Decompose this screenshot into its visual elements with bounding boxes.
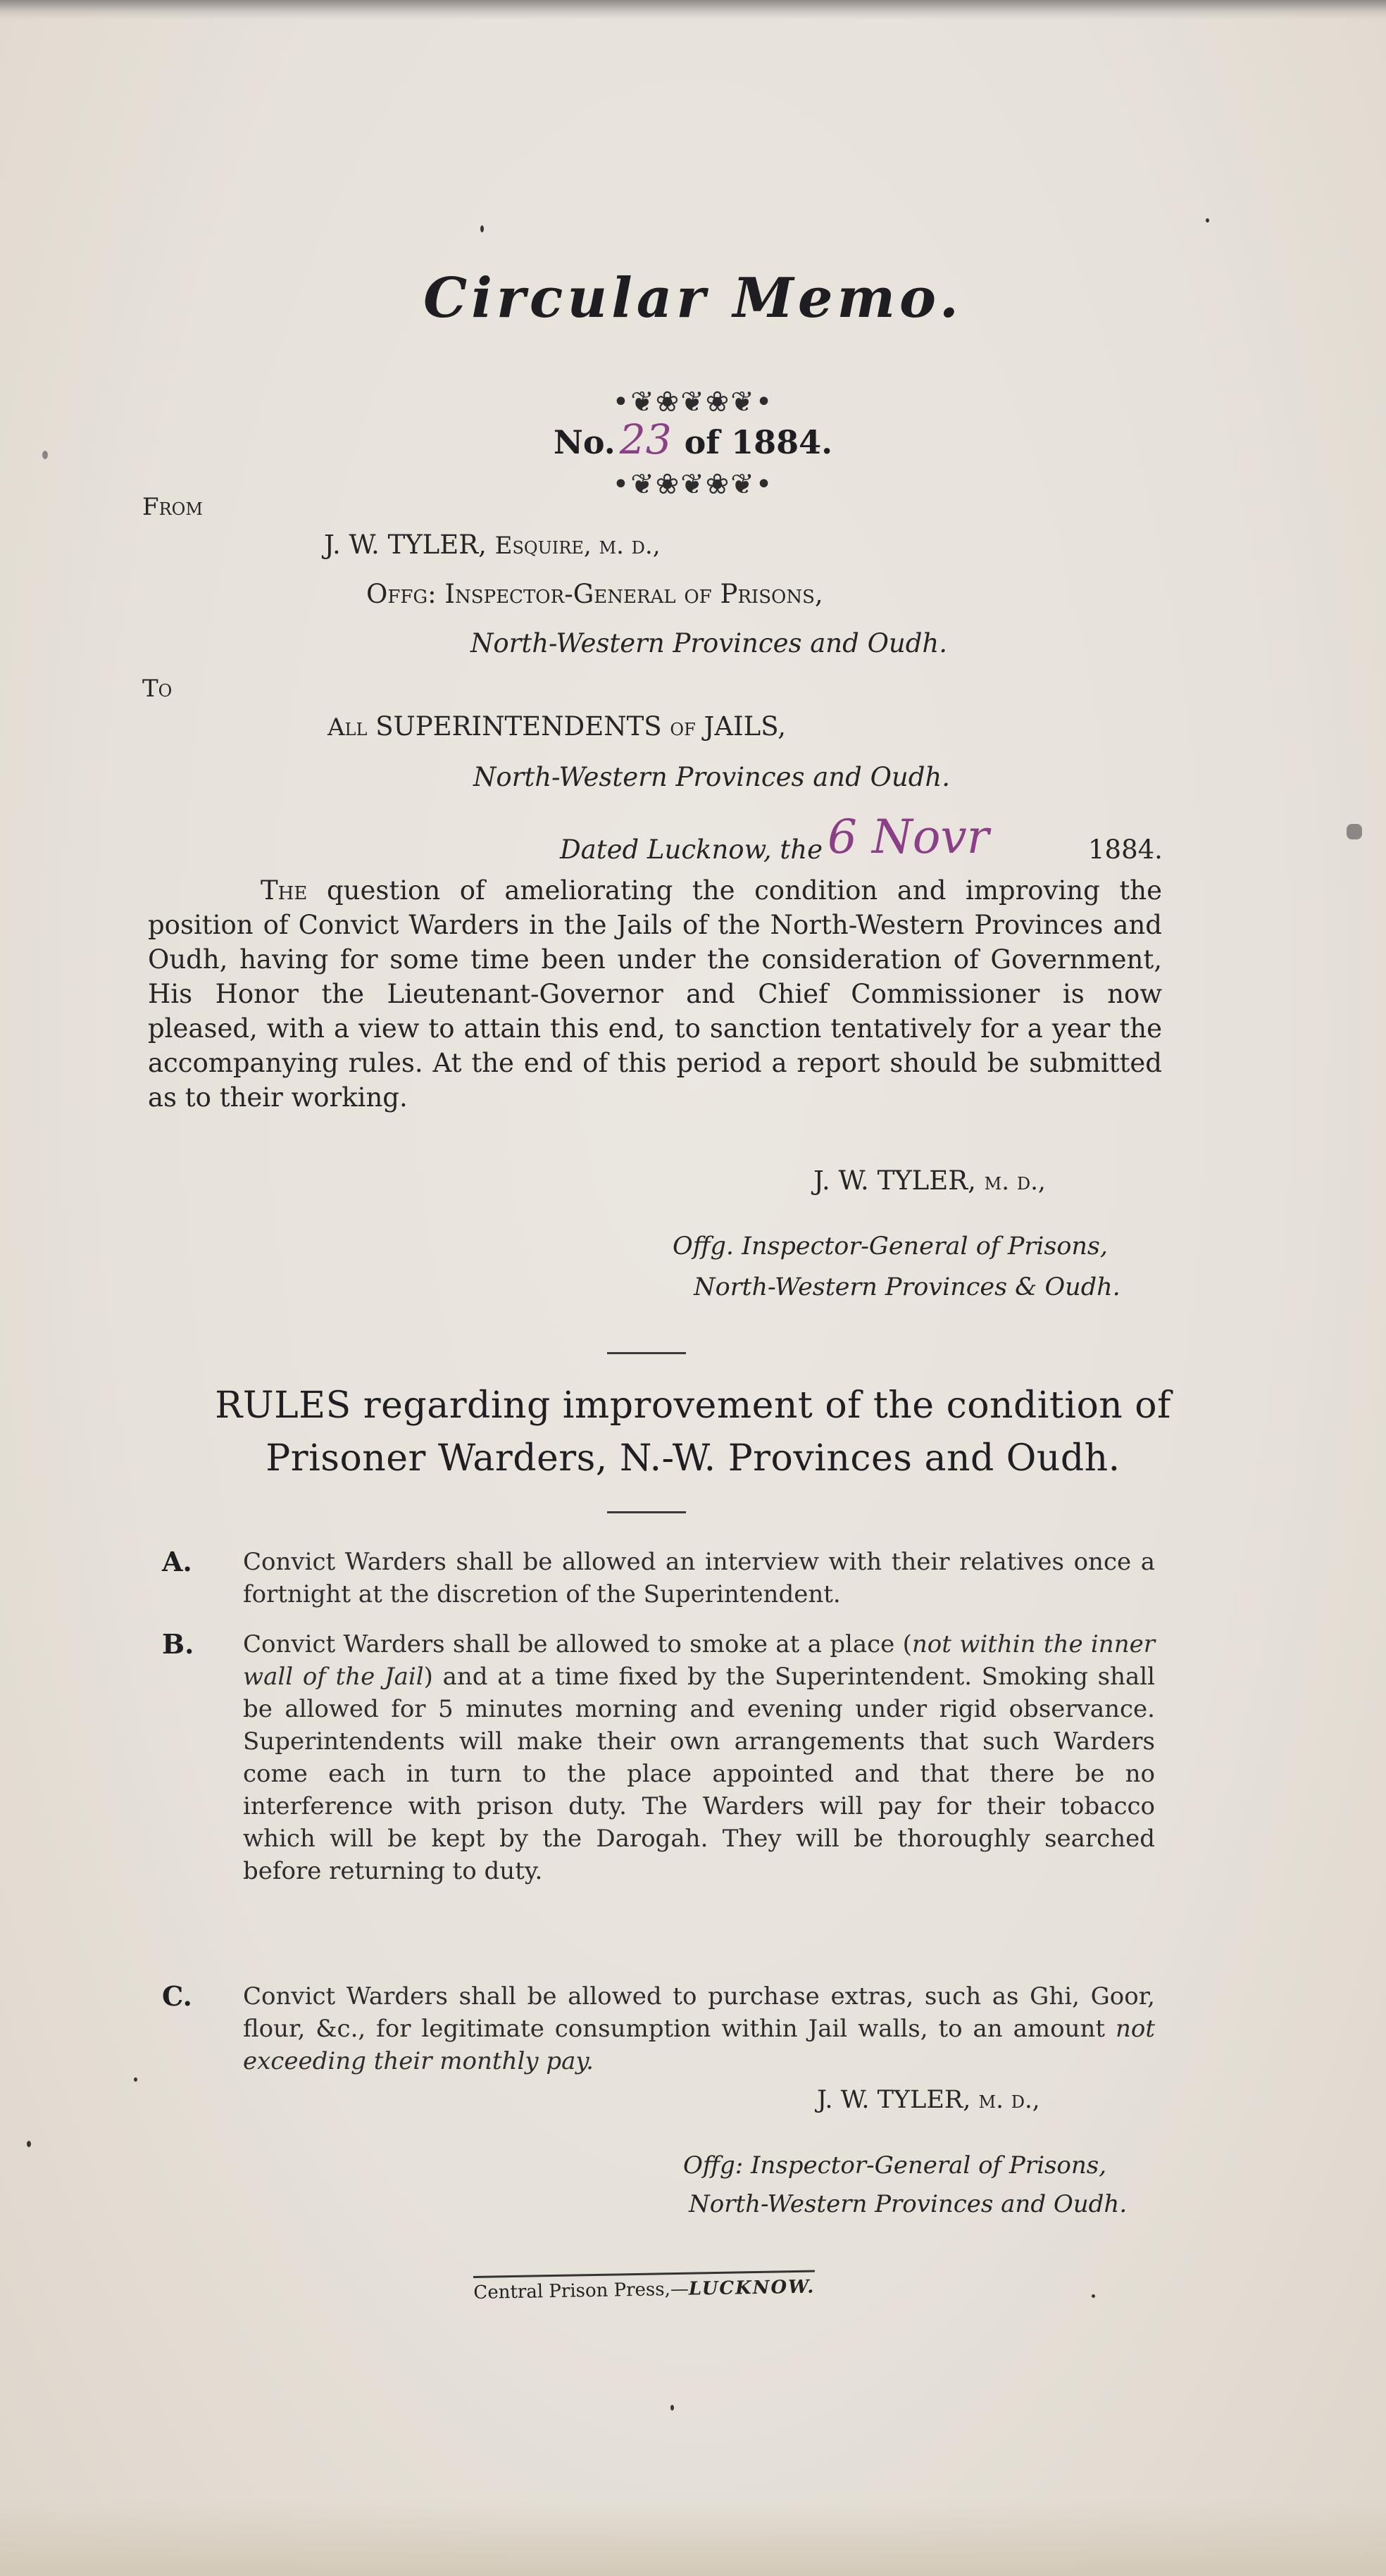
body-first-word: The [261,875,307,906]
memo-number-prefix: No. [554,423,616,461]
to-recipients-text: SUPERINTENDENTS [375,711,661,742]
rule-a-body: Convict Warders shall be allowed an inte… [243,1546,1155,1611]
rule-a: A. Convict Warders shall be allowed an i… [162,1546,1155,1611]
paper-speck [1206,218,1209,223]
paper-stain [1347,824,1362,839]
rule-c-letter: C. [162,1980,192,2013]
handwritten-date: 6 Novr [828,810,989,864]
paper-speck [134,2077,137,2082]
rule-c-text-before: Convict Warders shall be allowed to purc… [243,1982,1155,2043]
from-name-suffix: Esquire, m. d., [495,532,661,560]
paper-speck [670,2405,674,2411]
signature-1-name-text: J. W. TYLER, [813,1165,976,1196]
memo-number: No.23of 1884. [0,415,1386,463]
paper-speck [480,225,484,232]
memo-number-suffix: of 1884. [685,423,833,461]
rule-b-text-before: Convict Warders shall be allowed to smok… [243,1630,912,1658]
body-text: question of ameliorating the condition a… [148,875,1162,1113]
ornament-bottom-icon: •❦❀❦❀❦• [0,468,1386,501]
signature-2-region: North-Western Provinces and Oudh. [689,2190,1127,2218]
signature-1-title: Offg. Inspector-General of Prisons, [673,1232,1108,1261]
rule-b-text: Convict Warders shall be allowed to smok… [243,1628,1155,1887]
paper-speck [27,2141,31,2147]
to-region: North-Western Provinces and Oudh. [473,762,950,792]
signature-2-name-text: J. W. TYLER, [817,2086,970,2114]
from-name-text: J. W. TYLER, [324,530,487,560]
to-prefix: All [327,713,367,742]
from-name: J. W. TYLER, Esquire, m. d., [324,530,661,560]
divider-bottom [607,1511,686,1513]
rule-b: B. Convict Warders shall be allowed to s… [162,1628,1155,1887]
rules-heading-line2: Prisoner Warders, N.-W. Provinces and Ou… [0,1433,1386,1484]
divider-top [607,1352,686,1354]
from-title: Offg: Inspector-General of Prisons, [366,579,823,609]
rules-heading-line1: RULES regarding improvement of the condi… [0,1380,1386,1431]
document-title: Circular Memo. [0,266,1386,330]
ornament-top-icon: •❦❀❦❀❦• [0,386,1386,418]
press-name: Central Prison Press,— [473,2279,689,2303]
body-paragraph: The question of ameliorating the conditi… [148,873,1162,1115]
signature-1-region: North-Western Provinces & Oudh. [694,1273,1120,1301]
rule-b-letter: B. [162,1628,194,1661]
signature-1-name: J. W. TYLER, m. d., [813,1165,1046,1196]
dated-text: Dated Lucknow, the [560,834,823,865]
to-jails: JAILS, [704,711,786,742]
from-region: North-Western Provinces and Oudh. [470,628,947,658]
memo-number-handwritten: 23 [620,415,672,463]
to-label: To [142,675,172,703]
signature-2-title: Offg: Inspector-General of Prisons, [683,2151,1106,2180]
signature-2-suffix: m. d., [979,2086,1040,2114]
to-recipients: All SUPERINTENDENTS of JAILS, [327,711,786,742]
paper-top-edge [0,0,1386,20]
rule-a-letter: A. [162,1546,192,1578]
rule-a-text: Convict Warders shall be allowed an inte… [243,1546,1155,1611]
paper-speck [1092,2294,1095,2298]
paper-bottom-stain [0,2499,1386,2576]
rule-c: C. Convict Warders shall be allowed to p… [162,1980,1155,2077]
press-city: LUCKNOW. [689,2277,816,2300]
signature-2-name: J. W. TYLER, m. d., [817,2086,1040,2114]
to-of: of [670,713,695,742]
rule-c-text: Convict Warders shall be allowed to purc… [243,1980,1155,2077]
from-label: From [142,493,203,521]
rule-b-text-after: ) and at a time fixed by the Superintend… [243,1663,1155,1885]
dated-year: 1884. [1088,834,1163,865]
signature-1-suffix: m. d., [985,1168,1046,1196]
